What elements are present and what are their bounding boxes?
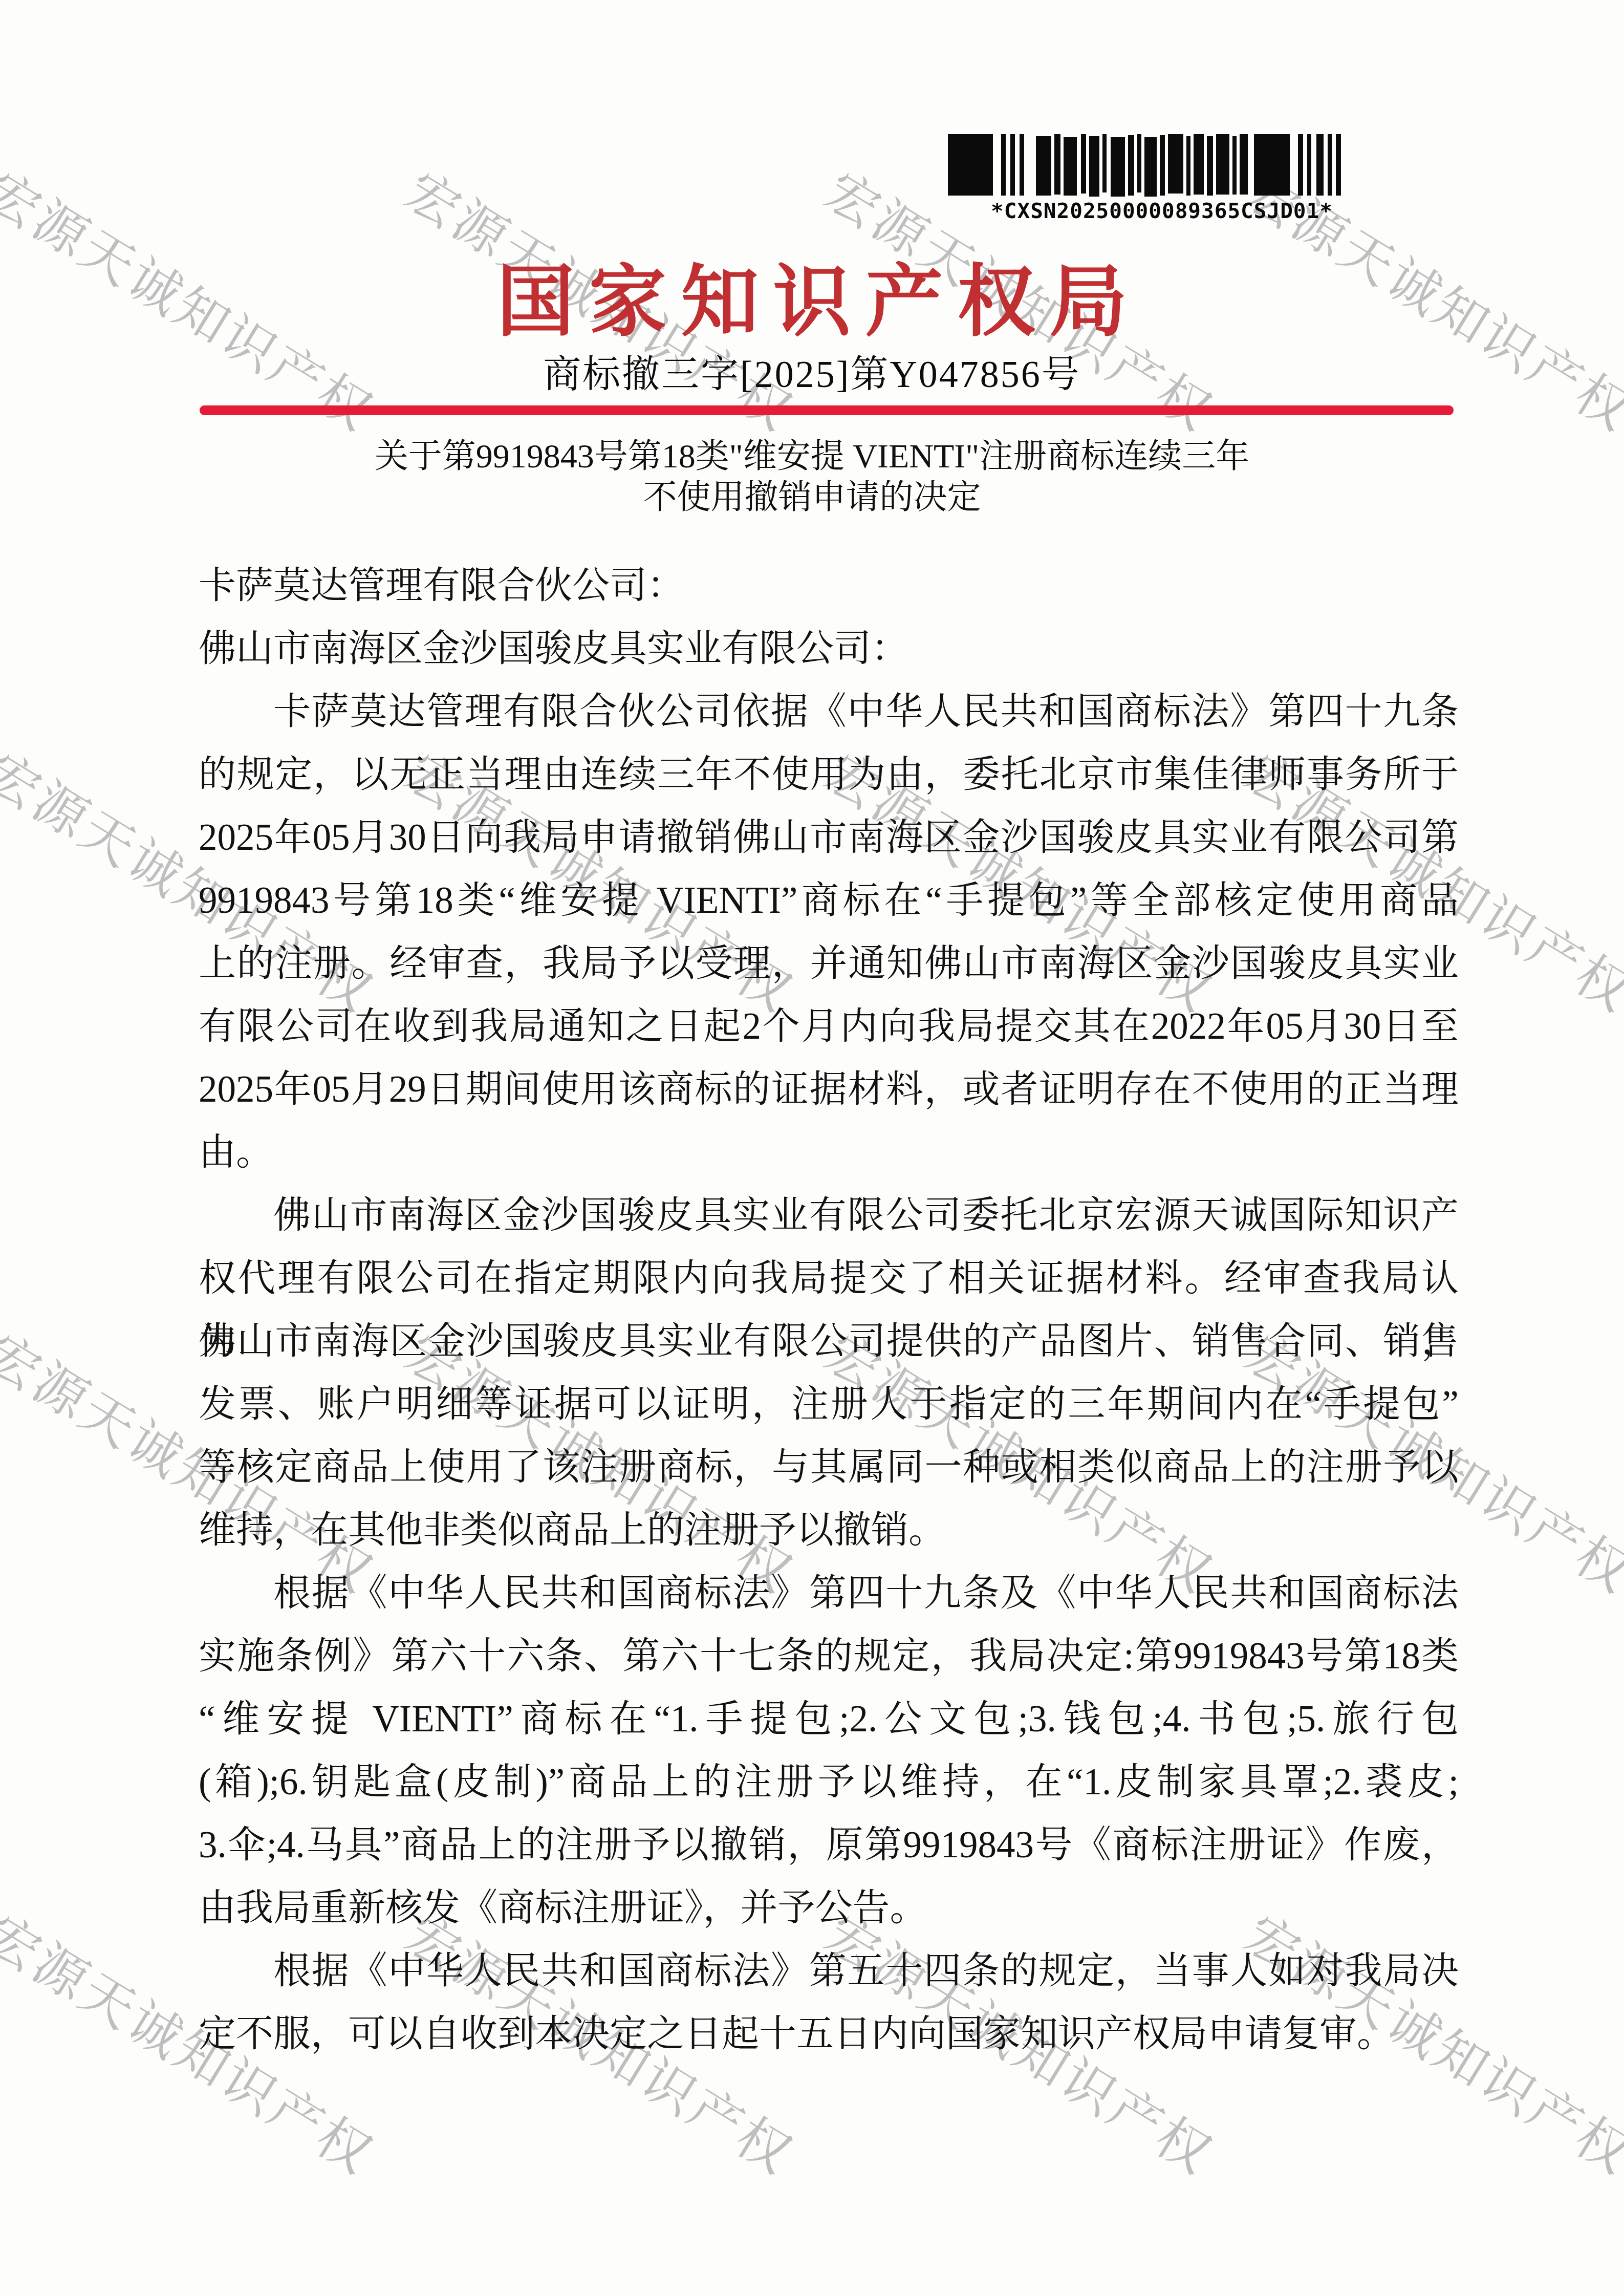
- text-line: 定不服，可以自收到本决定之日起十五日内向国家知识产权局申请复审。: [199, 2002, 1459, 2065]
- text-line: 根据《中华人民共和国商标法》第五十四条的规定，当事人如对我局决: [199, 1939, 1459, 2002]
- text-line: 9919843号第18类“维安提 VIENTI”商标在“手提包”等全部核定使用商…: [199, 869, 1459, 932]
- text-line: 有限公司在收到我局通知之日起2个月内向我局提交其在2022年05月30日至: [199, 995, 1459, 1058]
- text-line: 根据《中华人民共和国商标法》第四十九条及《中华人民共和国商标法: [199, 1561, 1459, 1624]
- barcode-text: *CXSN20250000089365CSJD01*: [948, 199, 1376, 223]
- barcode-block: *CXSN20250000089365CSJD01*: [948, 132, 1376, 223]
- doc-number: 商标撤三字[2025]第Y047856号: [0, 344, 1624, 398]
- text-line: (箱);6.钥匙盒(皮制)”商品上的注册予以维持，在“1.皮制家具罩;2.裘皮;: [199, 1750, 1459, 1813]
- text-line: 3.伞;4.马具”商品上的注册予以撤销，原第9919843号《商标注册证》作废，: [199, 1813, 1459, 1876]
- text-line: 由。: [199, 1121, 1459, 1184]
- red-divider-line: [200, 405, 1454, 415]
- decision-title: 关于第9919843号第18类"维安提 VIENTI"注册商标连续三年 不使用撤…: [0, 436, 1624, 518]
- text-line: 2025年05月29日期间使用该商标的证据材料，或者证明存在不使用的正当理: [199, 1058, 1459, 1121]
- scanned-decision-page: 宏源天诚知识产权宏源天诚知识产权宏源天诚知识产权宏源天诚知识产权宏源天诚知识产权…: [0, 0, 1624, 2296]
- text-line: 权代理有限公司在指定期限内向我局提交了相关证据材料。经审查我局认为，: [199, 1247, 1459, 1310]
- text-line: 佛山市南海区金沙国骏皮具实业有限公司提供的产品图片、销售合同、销售: [199, 1310, 1459, 1372]
- text-line: 实施条例》第六十六条、第六十七条的规定，我局决定:第9919843号第18类: [199, 1624, 1459, 1687]
- document-body: 卡萨莫达管理有限合伙公司： 佛山市南海区金沙国骏皮具实业有限公司： 卡萨莫达管理…: [199, 554, 1459, 2065]
- text-line: 佛山市南海区金沙国骏皮具实业有限公司委托北京宏源天诚国际知识产: [199, 1184, 1459, 1247]
- text-line: 上的注册。经审查，我局予以受理，并通知佛山市南海区金沙国骏皮具实业: [199, 932, 1459, 995]
- text-line: 发票、账户明细等证据可以证明，注册人于指定的三年期间内在“手提包”: [199, 1372, 1459, 1435]
- decision-title-line2: 不使用撤销申请的决定: [0, 477, 1624, 518]
- text-line: “维安提 VIENTI”商标在“1.手提包;2.公文包;3.钱包;4.书包;5.…: [199, 1687, 1459, 1750]
- text-line: 卡萨莫达管理有限合伙公司依据《中华人民共和国商标法》第四十九条: [199, 680, 1459, 743]
- recipient-line: 佛山市南海区金沙国骏皮具实业有限公司：: [199, 617, 1459, 680]
- text-line: 由我局重新核发《商标注册证》，并予公告。: [199, 1876, 1459, 1939]
- text-line: 等核定商品上使用了该注册商标，与其属同一种或相类似商品上的注册予以: [199, 1435, 1459, 1498]
- text-line: 维持，在其他非类似商品上的注册予以撤销。: [199, 1498, 1459, 1561]
- recipient-line: 卡萨莫达管理有限合伙公司：: [199, 554, 1459, 617]
- agency-title: 国家知识产权局: [0, 240, 1624, 351]
- text-line: 2025年05月30日向我局申请撤销佛山市南海区金沙国骏皮具实业有限公司第: [199, 806, 1459, 869]
- barcode-icon: [948, 132, 1376, 198]
- decision-title-line1: 关于第9919843号第18类"维安提 VIENTI"注册商标连续三年: [0, 436, 1624, 477]
- text-line: 的规定，以无正当理由连续三年不使用为由，委托北京市集佳律师事务所于: [199, 743, 1459, 806]
